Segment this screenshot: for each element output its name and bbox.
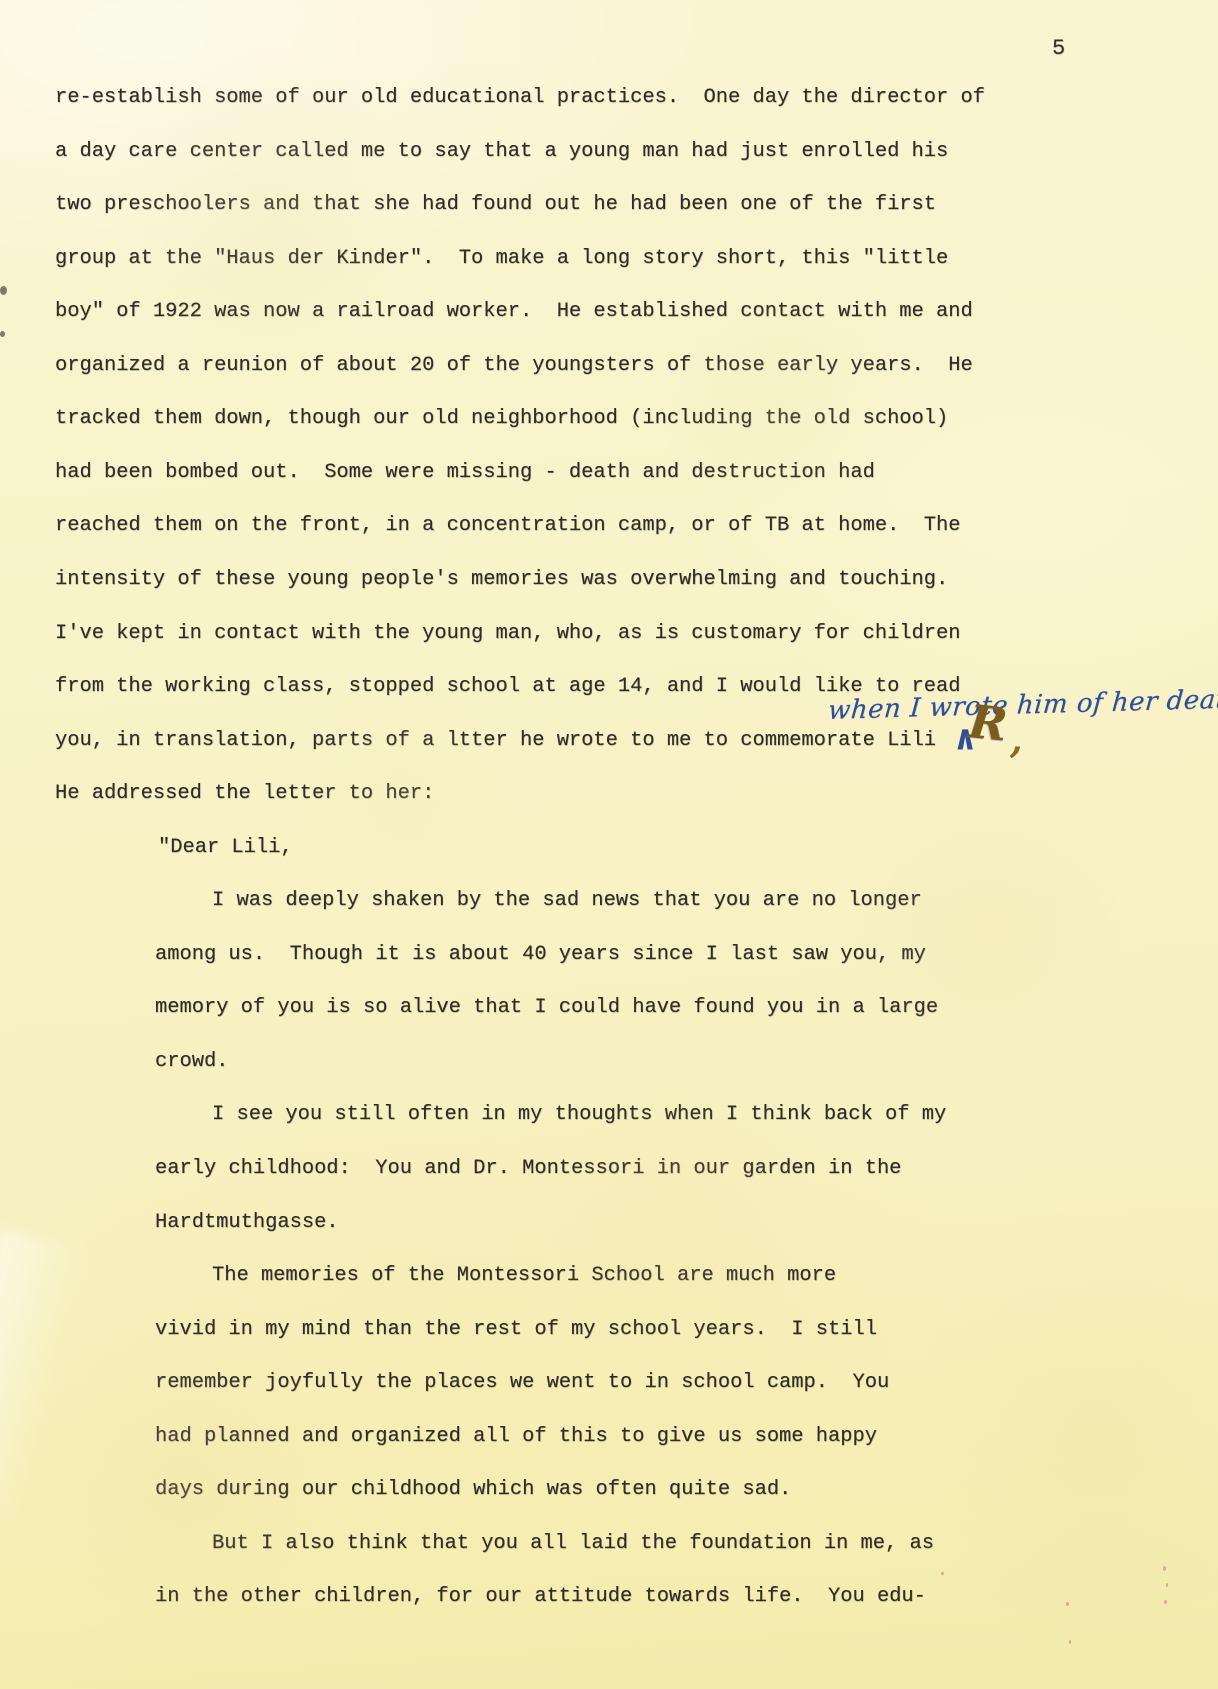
scan-artifact [1166,1583,1168,1587]
page-number: 5 [1052,36,1065,61]
typewritten-line: He addressed the letter to her: [55,784,434,804]
typewritten-line: Hardtmuthgasse. [155,1213,339,1233]
typewritten-line: among us. Though it is about 40 years si… [155,945,926,965]
typewritten-line: in the other children, for our attitude … [155,1587,926,1607]
typewritten-line: The memories of the Montessori School ar… [212,1266,836,1286]
scan-artifact [1164,1600,1167,1604]
scan-artifact [941,1572,944,1575]
handwritten-initial: R [967,698,1010,748]
typewritten-line: memory of you is so alive that I could h… [155,998,938,1018]
typewritten-line: reached them on the front, in a concentr… [55,516,961,536]
scan-artifact [1069,1640,1071,1644]
typewritten-line: tracked them down, though our old neighb… [55,409,948,429]
typewritten-line: "Dear Lili, [158,838,293,858]
typewritten-line: But I also think that you all laid the f… [212,1534,934,1554]
typewritten-line: I was deeply shaken by the sad news that… [212,891,922,911]
typewritten-line: group at the "Haus der Kinder". To make … [55,249,948,269]
typewritten-line: from the working class, stopped school a… [55,677,961,697]
typewritten-line: you, in translation, parts of a ltter he… [55,731,936,751]
typewritten-line: re-establish some of our old educational… [55,88,985,108]
typewritten-line: early childhood: You and Dr. Montessori … [155,1159,901,1179]
handwritten-comma: , [1010,722,1023,758]
typewritten-line: had planned and organized all of this to… [155,1427,877,1447]
scan-artifact [0,286,7,295]
typewritten-line: remember joyfully the places we went to … [155,1373,889,1393]
typewritten-line: I've kept in contact with the young man,… [55,624,961,644]
typewritten-line: I see you still often in my thoughts whe… [212,1105,946,1125]
typewritten-line: intensity of these young people's memori… [55,570,948,590]
typewritten-line: vivid in my mind than the rest of my sch… [155,1320,877,1340]
paper-crease-highlight [0,1228,87,1521]
typewritten-line: two preschoolers and that she had found … [55,195,936,215]
typewritten-line: boy" of 1922 was now a railroad worker. … [55,302,973,322]
typewritten-line: a day care center called me to say that … [55,142,948,162]
scan-artifact [1163,1566,1166,1571]
scanned-page: 5 re-establish some of our old education… [0,0,1218,1689]
scan-artifact [1066,1602,1069,1606]
typewritten-line: had been bombed out. Some were missing -… [55,463,875,483]
typewritten-line: organized a reunion of about 20 of the y… [55,356,973,376]
typewritten-line: days during our childhood which was ofte… [155,1480,791,1500]
scan-artifact [0,331,5,337]
typewritten-line: crowd. [155,1052,228,1072]
